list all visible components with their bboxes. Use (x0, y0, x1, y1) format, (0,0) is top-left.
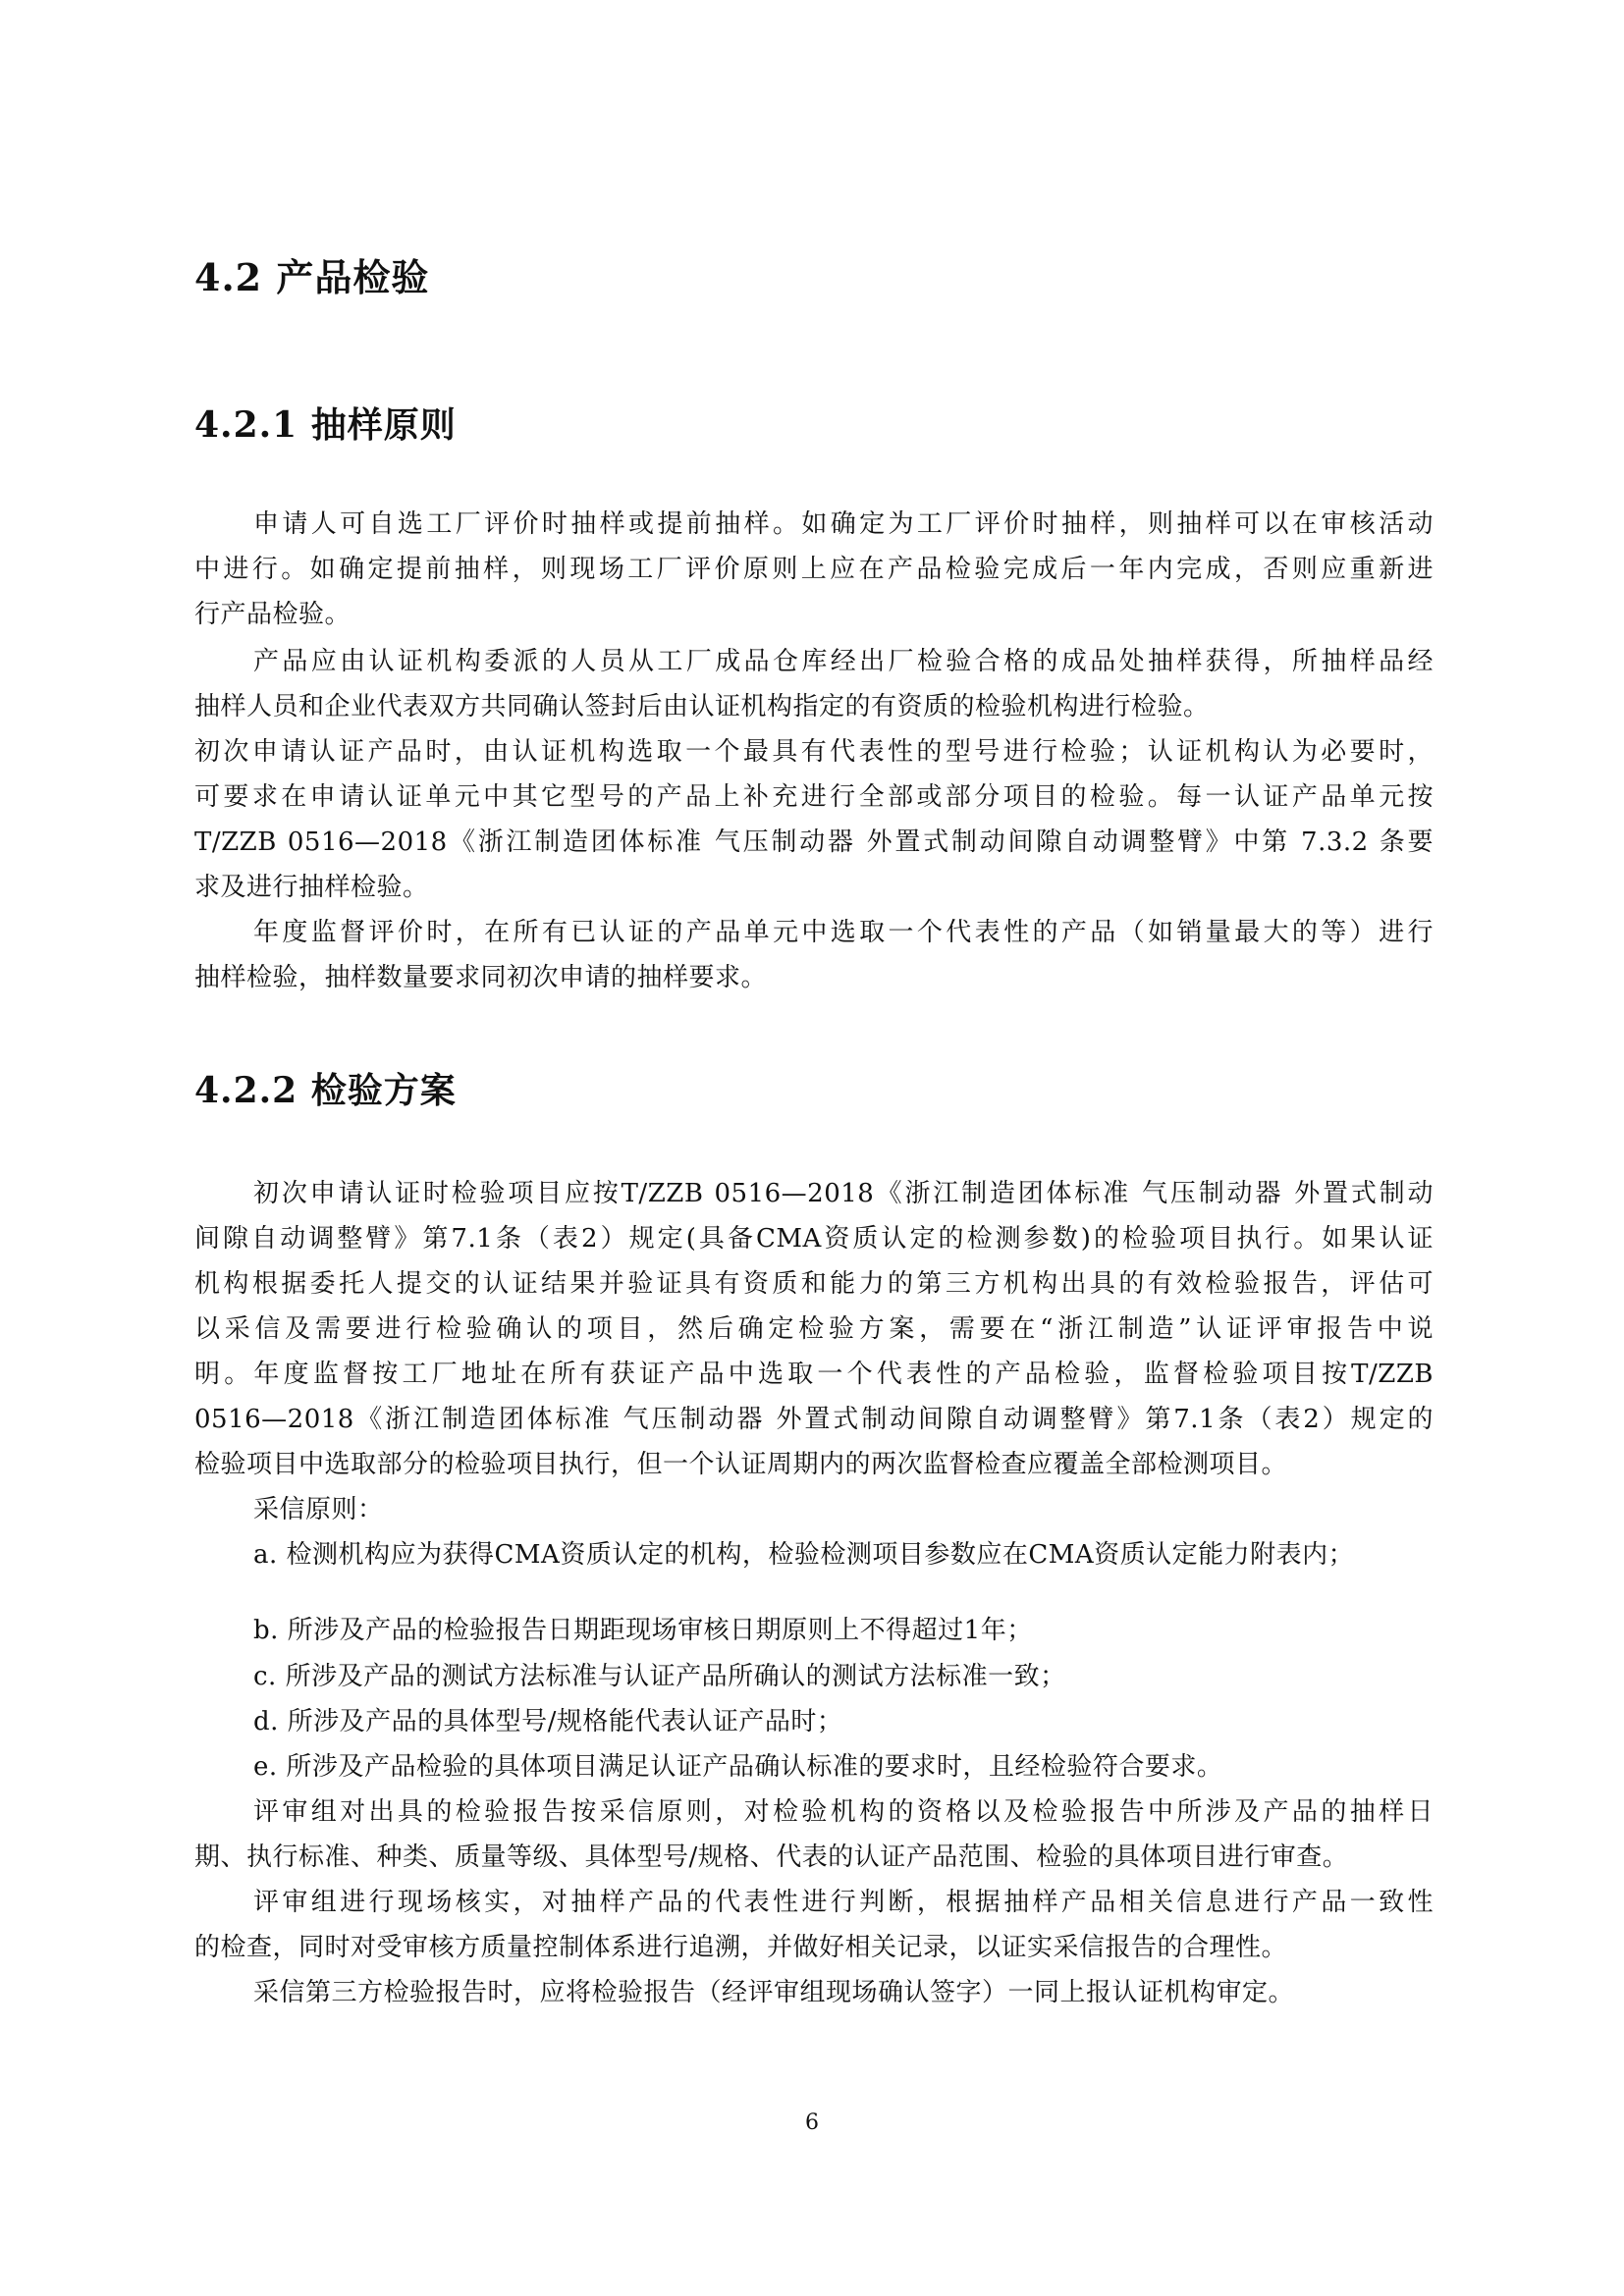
paragraph-line: T/ZZB 0516—2018《浙江制造团体标准 气压制动器 外置式制动间隙自动… (194, 827, 1434, 858)
paragraph-line: 年度监督评价时，在所有已认证的产品单元中选取一个代表性的产品（如销量最大的等）进… (253, 917, 1434, 948)
paragraph-line: 评审组对出具的检验报告按采信原则，对检验机构的资格以及检验报告中所涉及产品的抽样… (253, 1796, 1434, 1828)
section-heading: 4.2 产品检验 (194, 247, 429, 301)
paragraph-line: 初次申请认证产品时，由认证机构选取一个最具有代表性的型号进行检验；认证机构认为必… (194, 736, 1434, 768)
list-item-d: d. 所涉及产品的具体型号/规格能代表认证产品时； (253, 1706, 1434, 1737)
paragraph-line: 检验项目中选取部分的检验项目执行，但一个认证周期内的两次监督检查应覆盖全部检测项… (194, 1449, 1434, 1480)
page-number: 6 (0, 2110, 1624, 2135)
paragraph-line: 抽样人员和企业代表双方共同确认签封后由认证机构指定的有资质的检验机构进行检验。 (194, 691, 1434, 722)
paragraph-line: 期、执行标准、种类、质量等级、具体型号/规格、代表的认证产品范围、检验的具体项目… (194, 1842, 1434, 1873)
paragraph-line: 初次申请认证时检验项目应按T/ZZB 0516—2018《浙江制造团体标准 气压… (253, 1178, 1434, 1209)
paragraph-line: 评审组进行现场核实，对抽样产品的代表性进行判断，根据抽样产品相关信息进行产品一致… (253, 1887, 1434, 1918)
paragraph-line: 抽样检验，抽样数量要求同初次申请的抽样要求。 (194, 962, 1434, 993)
paragraph-line: 可要求在申请认证单元中其它型号的产品上补充进行全部或部分项目的检验。每一认证产品… (194, 781, 1434, 813)
paragraph-line: 间隙自动调整臂》第7.1条（表2）规定(具备CMA资质认定的检测参数)的检验项目… (194, 1223, 1434, 1255)
paragraph-line: 申请人可自选工厂评价时抽样或提前抽样。如确定为工厂评价时抽样，则抽样可以在审核活… (253, 508, 1434, 540)
paragraph-line: 的检查，同时对受审核方质量控制体系进行追溯，并做好相关记录，以证实采信报告的合理… (194, 1932, 1434, 1963)
paragraph-line: 求及进行抽样检验。 (194, 872, 1434, 903)
list-item-c: c. 所涉及产品的测试方法标准与认证产品所确认的测试方法标准一致； (253, 1661, 1434, 1692)
paragraph-line: 以采信及需要进行检验确认的项目，然后确定检验方案，需要在“浙江制造”认证评审报告… (194, 1313, 1434, 1345)
paragraph-line: 明。年度监督按工厂地址在所有获证产品中选取一个代表性的产品检验，监督检验项目按T… (194, 1359, 1434, 1390)
list-item-e: e. 所涉及产品检验的具体项目满足认证产品确认标准的要求时，且经检验符合要求。 (253, 1751, 1434, 1783)
list-item-a: a. 检测机构应为获得CMA资质认定的机构，检验检测项目参数应在CMA资质认定能… (253, 1539, 1434, 1571)
document-page: 4.2 产品检验 4.2.1 抽样原则 申请人可自选工厂评价时抽样或提前抽样。如… (0, 0, 1624, 2296)
paragraph-line: 产品应由认证机构委派的人员从工厂成品仓库经出厂检验合格的成品处抽样获得，所抽样品… (253, 646, 1434, 677)
list-item-b: b. 所涉及产品的检验报告日期距现场审核日期原则上不得超过1年； (253, 1615, 1434, 1646)
paragraph-line: 机构根据委托人提交的认证结果并验证具有资质和能力的第三方机构出具的有效检验报告，… (194, 1268, 1434, 1300)
paragraph-line: 行产品检验。 (194, 599, 1434, 630)
acceptance-principles-label: 采信原则： (253, 1494, 1434, 1525)
paragraph-line: 中进行。如确定提前抽样，则现场工厂评价原则上应在产品检验完成后一年内完成，否则应… (194, 554, 1434, 585)
paragraph-line: 采信第三方检验报告时，应将检验报告（经评审组现场确认签字）一同上报认证机构审定。 (253, 1977, 1434, 2008)
subsection-heading-sampling: 4.2.1 抽样原则 (194, 398, 457, 448)
paragraph-line: 0516—2018《浙江制造团体标准 气压制动器 外置式制动间隙自动调整臂》第7… (194, 1404, 1434, 1435)
subsection-heading-plan: 4.2.2 检验方案 (194, 1063, 457, 1113)
